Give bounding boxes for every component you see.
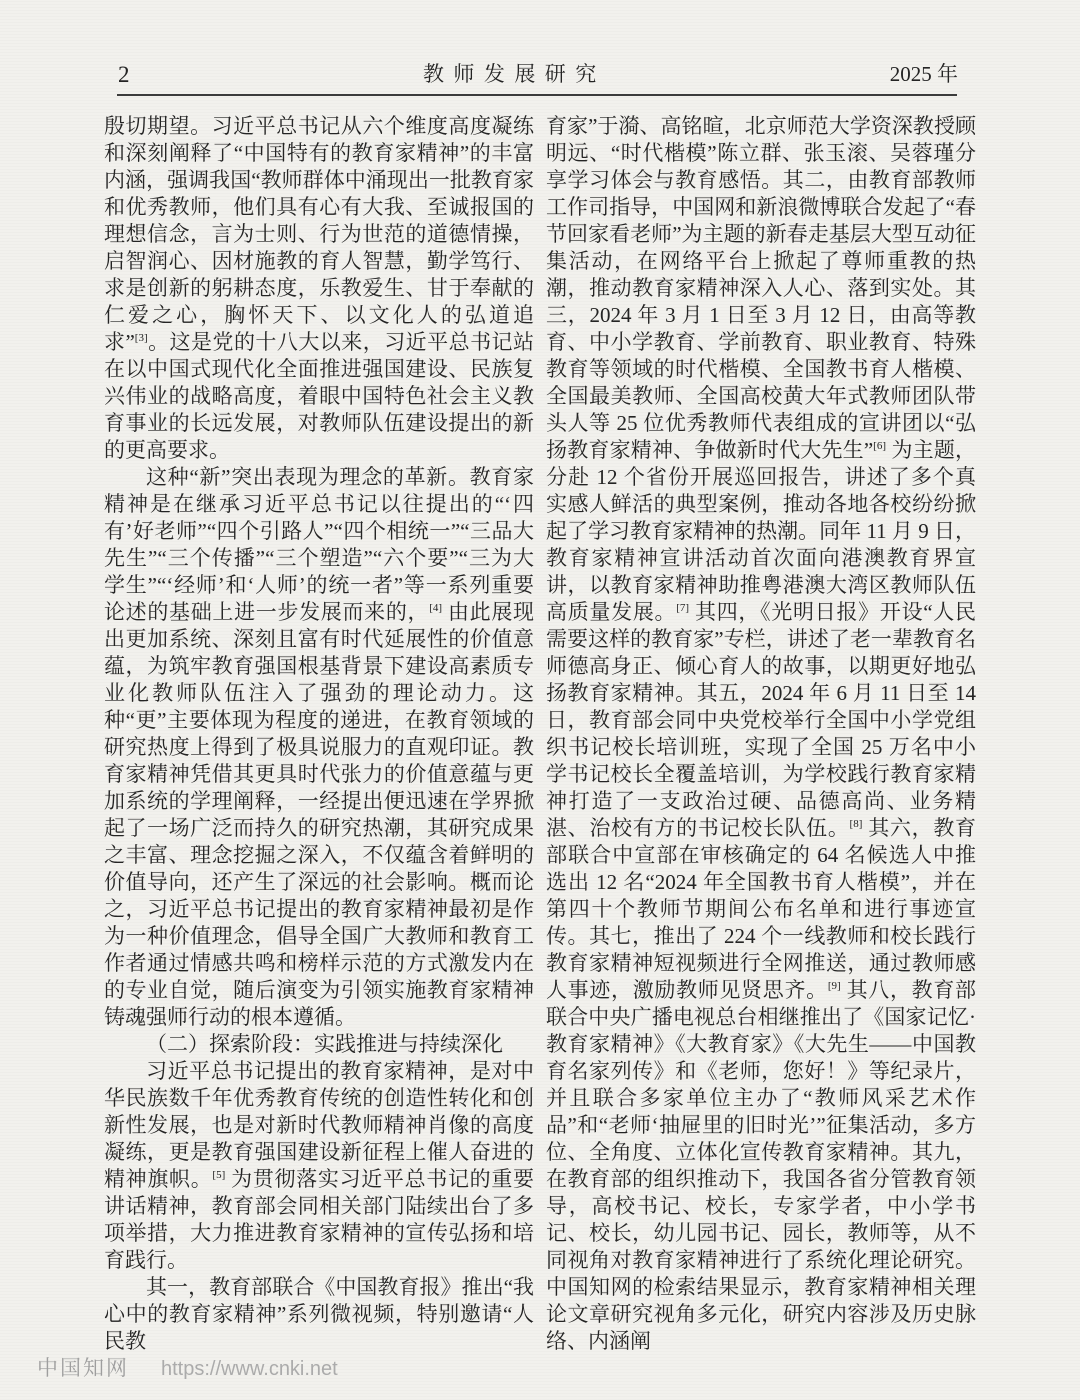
paragraph: 习近平总书记提出的教育家精神，是对中华民族数千年优秀教育传统的创造性转化和创新性… <box>104 1058 534 1274</box>
journal-title: 教师发展研究 <box>414 58 606 88</box>
cnki-watermark: 中国知网 https://www.cnki.net <box>37 1352 338 1382</box>
paragraph: 育家”于漪、高铭暄，北京师范大学资深教授顾明远、“时代楷模”陈立群、张玉滚、吴蓉… <box>546 113 976 1355</box>
citation-ref: [6] <box>873 440 886 452</box>
paragraph: 其一，教育部联合《中国教育报》推出“我心中的教育家精神”系列微视频，特别邀请“人… <box>104 1274 534 1355</box>
header-divider <box>117 94 957 96</box>
text-column-left: 殷切期望。习近平总书记从六个维度高度凝练和深刻阐释了“中国特有的教育家精神”的丰… <box>104 113 534 1355</box>
year-label: 2025 年 <box>890 58 958 88</box>
citation-ref: [3] <box>135 332 148 344</box>
page-header: 2 教师发展研究 2025 年 <box>118 58 958 88</box>
paragraph: 这种“新”突出表现为理念的革新。教育家精神是在继承习近平总书记以往提出的“‘四有… <box>104 464 534 1031</box>
scanned-paper-page: 2 教师发展研究 2025 年 殷切期望。习近平总书记从六个维度高度凝练和深刻阐… <box>0 0 1080 1400</box>
text-column-right: 育家”于漪、高铭暄，北京师范大学资深教授顾明远、“时代楷模”陈立群、张玉滚、吴蓉… <box>546 113 976 1355</box>
cnki-url-label: https://www.cnki.net <box>161 1358 338 1381</box>
citation-ref: [8] <box>850 818 863 830</box>
page-number: 2 <box>118 62 130 88</box>
paragraph: （二）探索阶段：实践推进与持续深化 <box>104 1031 534 1058</box>
citation-ref: [4] <box>429 602 442 614</box>
article-body: 殷切期望。习近平总书记从六个维度高度凝练和深刻阐释了“中国特有的教育家精神”的丰… <box>104 113 976 1355</box>
cnki-brand-label: 中国知网 <box>37 1352 129 1382</box>
citation-ref: [9] <box>828 980 841 992</box>
citation-ref: [5] <box>212 1169 225 1181</box>
citation-ref: [7] <box>676 602 689 614</box>
paragraph: 殷切期望。习近平总书记从六个维度高度凝练和深刻阐释了“中国特有的教育家精神”的丰… <box>104 113 534 464</box>
